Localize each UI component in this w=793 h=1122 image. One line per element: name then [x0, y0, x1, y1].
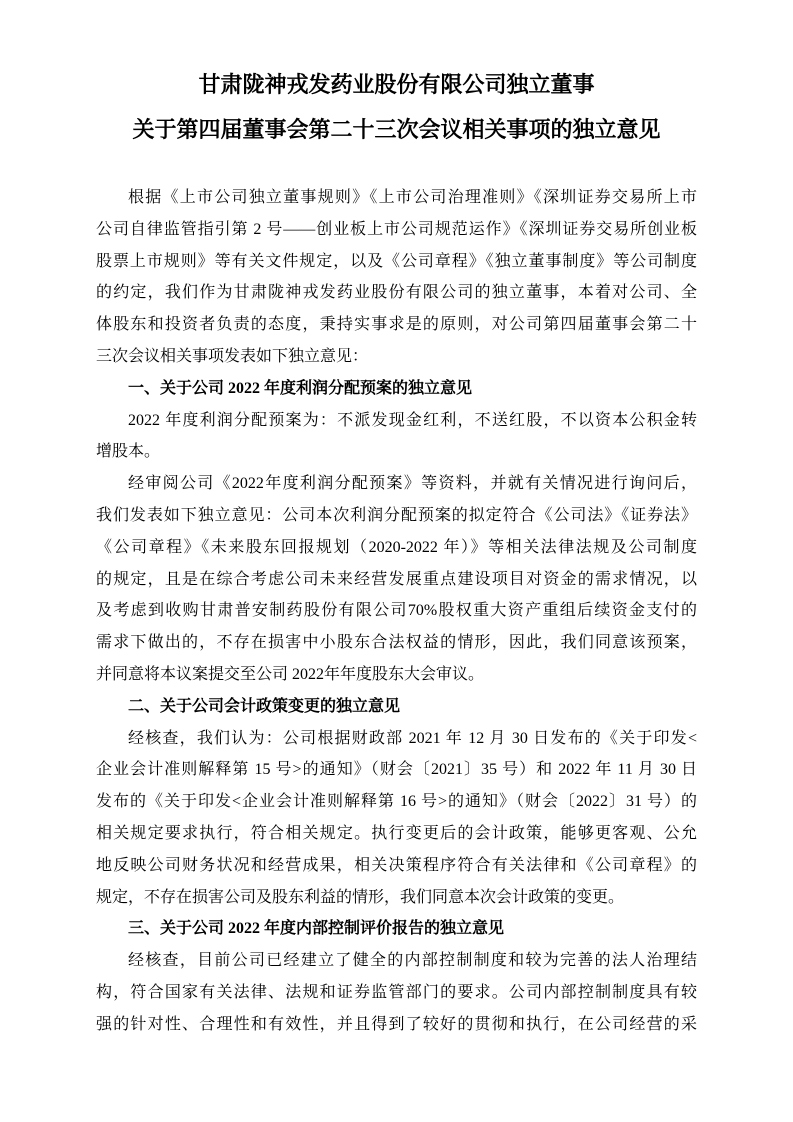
section-heading: 三、关于公司 2022 年度内部控制评价报告的独立意见: [96, 913, 697, 945]
section-heading-text: 一、关于公司 2022 年度利润分配预案的独立意见: [96, 373, 697, 405]
paragraph-line: 强的针对性、合理性和有效性，并且得到了较好的贯彻和执行，在公司经营的采: [96, 1009, 697, 1041]
paragraph-line: 经核查，我们认为：公司根据财政部 2021 年 12 月 30 日发布的《关于印…: [96, 723, 697, 755]
paragraph: 2022 年度利润分配预案为：不派发现金红利，不送红股，不以资本公积金转增股本。: [96, 405, 697, 469]
paragraph-line: 及考虑到收购甘肃普安制药股份有限公司70%股权重大资产重组后续资金支付的: [96, 595, 697, 627]
document-page: 甘肃陇神戎发药业股份有限公司独立董事 关于第四届董事会第二十三次会议相关事项的独…: [0, 0, 793, 1122]
paragraph-line: 的规定，且是在综合考虑公司未来经营发展重点建设项目对资金的需求情况，以: [96, 564, 697, 596]
document-title-line-2: 关于第四届董事会第二十三次会议相关事项的独立意见: [0, 107, 793, 152]
paragraph: 经核查，我们认为：公司根据财政部 2021 年 12 月 30 日发布的《关于印…: [96, 723, 697, 914]
paragraph-line: 我们发表如下独立意见：公司本次利润分配预案的拟定符合《公司法》《证券法》: [96, 500, 697, 532]
document-title: 甘肃陇神戎发药业股份有限公司独立董事 关于第四届董事会第二十三次会议相关事项的独…: [0, 62, 793, 152]
paragraph-line: 规定，不存在损害公司及股东利益的情形，我们同意本次会计政策的变更。: [96, 882, 697, 914]
paragraph-line: 相关规定要求执行，符合相关规定。执行变更后的会计政策，能够更客观、公允: [96, 818, 697, 850]
paragraph-line: 体股东和投资者负责的态度，秉持实事求是的原则，对公司第四届董事会第二十: [96, 309, 697, 341]
document-title-line-1: 甘肃陇神戎发药业股份有限公司独立董事: [0, 62, 793, 107]
paragraph-line: 根据《上市公司独立董事规则》《上市公司治理准则》《深圳证券交易所上市: [96, 182, 697, 214]
paragraph-line: 公司自律监管指引第 2 号——创业板上市公司规范运作》《深圳证券交易所创业板: [96, 214, 697, 246]
paragraph-line: 《公司章程》《未来股东回报规划（2020-2022 年）》等相关法律法规及公司制…: [96, 532, 697, 564]
paragraph-line: 需求下做出的，不存在损害中小股东合法权益的情形，因此，我们同意该预案，: [96, 627, 697, 659]
section-heading-text: 二、关于公司会计政策变更的独立意见: [96, 691, 697, 723]
section-heading-text: 三、关于公司 2022 年度内部控制评价报告的独立意见: [96, 913, 697, 945]
paragraph-line: 股票上市规则》等有关文件规定，以及《公司章程》《独立董事制度》等公司制度: [96, 246, 697, 278]
section-heading: 二、关于公司会计政策变更的独立意见: [96, 691, 697, 723]
paragraph-line: 2022 年度利润分配预案为：不派发现金红利，不送红股，不以资本公积金转: [96, 405, 697, 437]
paragraph: 根据《上市公司独立董事规则》《上市公司治理准则》《深圳证券交易所上市公司自律监管…: [96, 182, 697, 373]
paragraph-line: 构，符合国家有关法律、法规和证券监管部门的要求。公司内部控制制度具有较: [96, 977, 697, 1009]
paragraph-line: 发布的《关于印发<企业会计准则解释第 16 号>的通知》（财会〔2022〕31 …: [96, 786, 697, 818]
paragraph: 经审阅公司《2022年度利润分配预案》等资料，并就有关情况进行询问后，我们发表如…: [96, 468, 697, 691]
paragraph-line: 企业会计准则解释第 15 号>的通知》（财会〔2021〕35 号）和 2022 …: [96, 754, 697, 786]
document-body: 根据《上市公司独立董事规则》《上市公司治理准则》《深圳证券交易所上市公司自律监管…: [96, 182, 697, 1041]
paragraph-line: 并同意将本议案提交至公司 2022年年度股东大会审议。: [96, 659, 697, 691]
paragraph-line: 经核查，目前公司已经建立了健全的内部控制制度和较为完善的法人治理结: [96, 945, 697, 977]
paragraph-line: 地反映公司财务状况和经营成果，相关决策程序符合有关法律和《公司章程》的: [96, 850, 697, 882]
paragraph-line: 增股本。: [96, 436, 697, 468]
paragraph: 经核查，目前公司已经建立了健全的内部控制制度和较为完善的法人治理结构，符合国家有…: [96, 945, 697, 1040]
section-heading: 一、关于公司 2022 年度利润分配预案的独立意见: [96, 373, 697, 405]
paragraph-line: 经审阅公司《2022年度利润分配预案》等资料，并就有关情况进行询问后，: [96, 468, 697, 500]
paragraph-line: 的约定，我们作为甘肃陇神戎发药业股份有限公司的独立董事，本着对公司、全: [96, 277, 697, 309]
paragraph-line: 三次会议相关事项发表如下独立意见：: [96, 341, 697, 373]
